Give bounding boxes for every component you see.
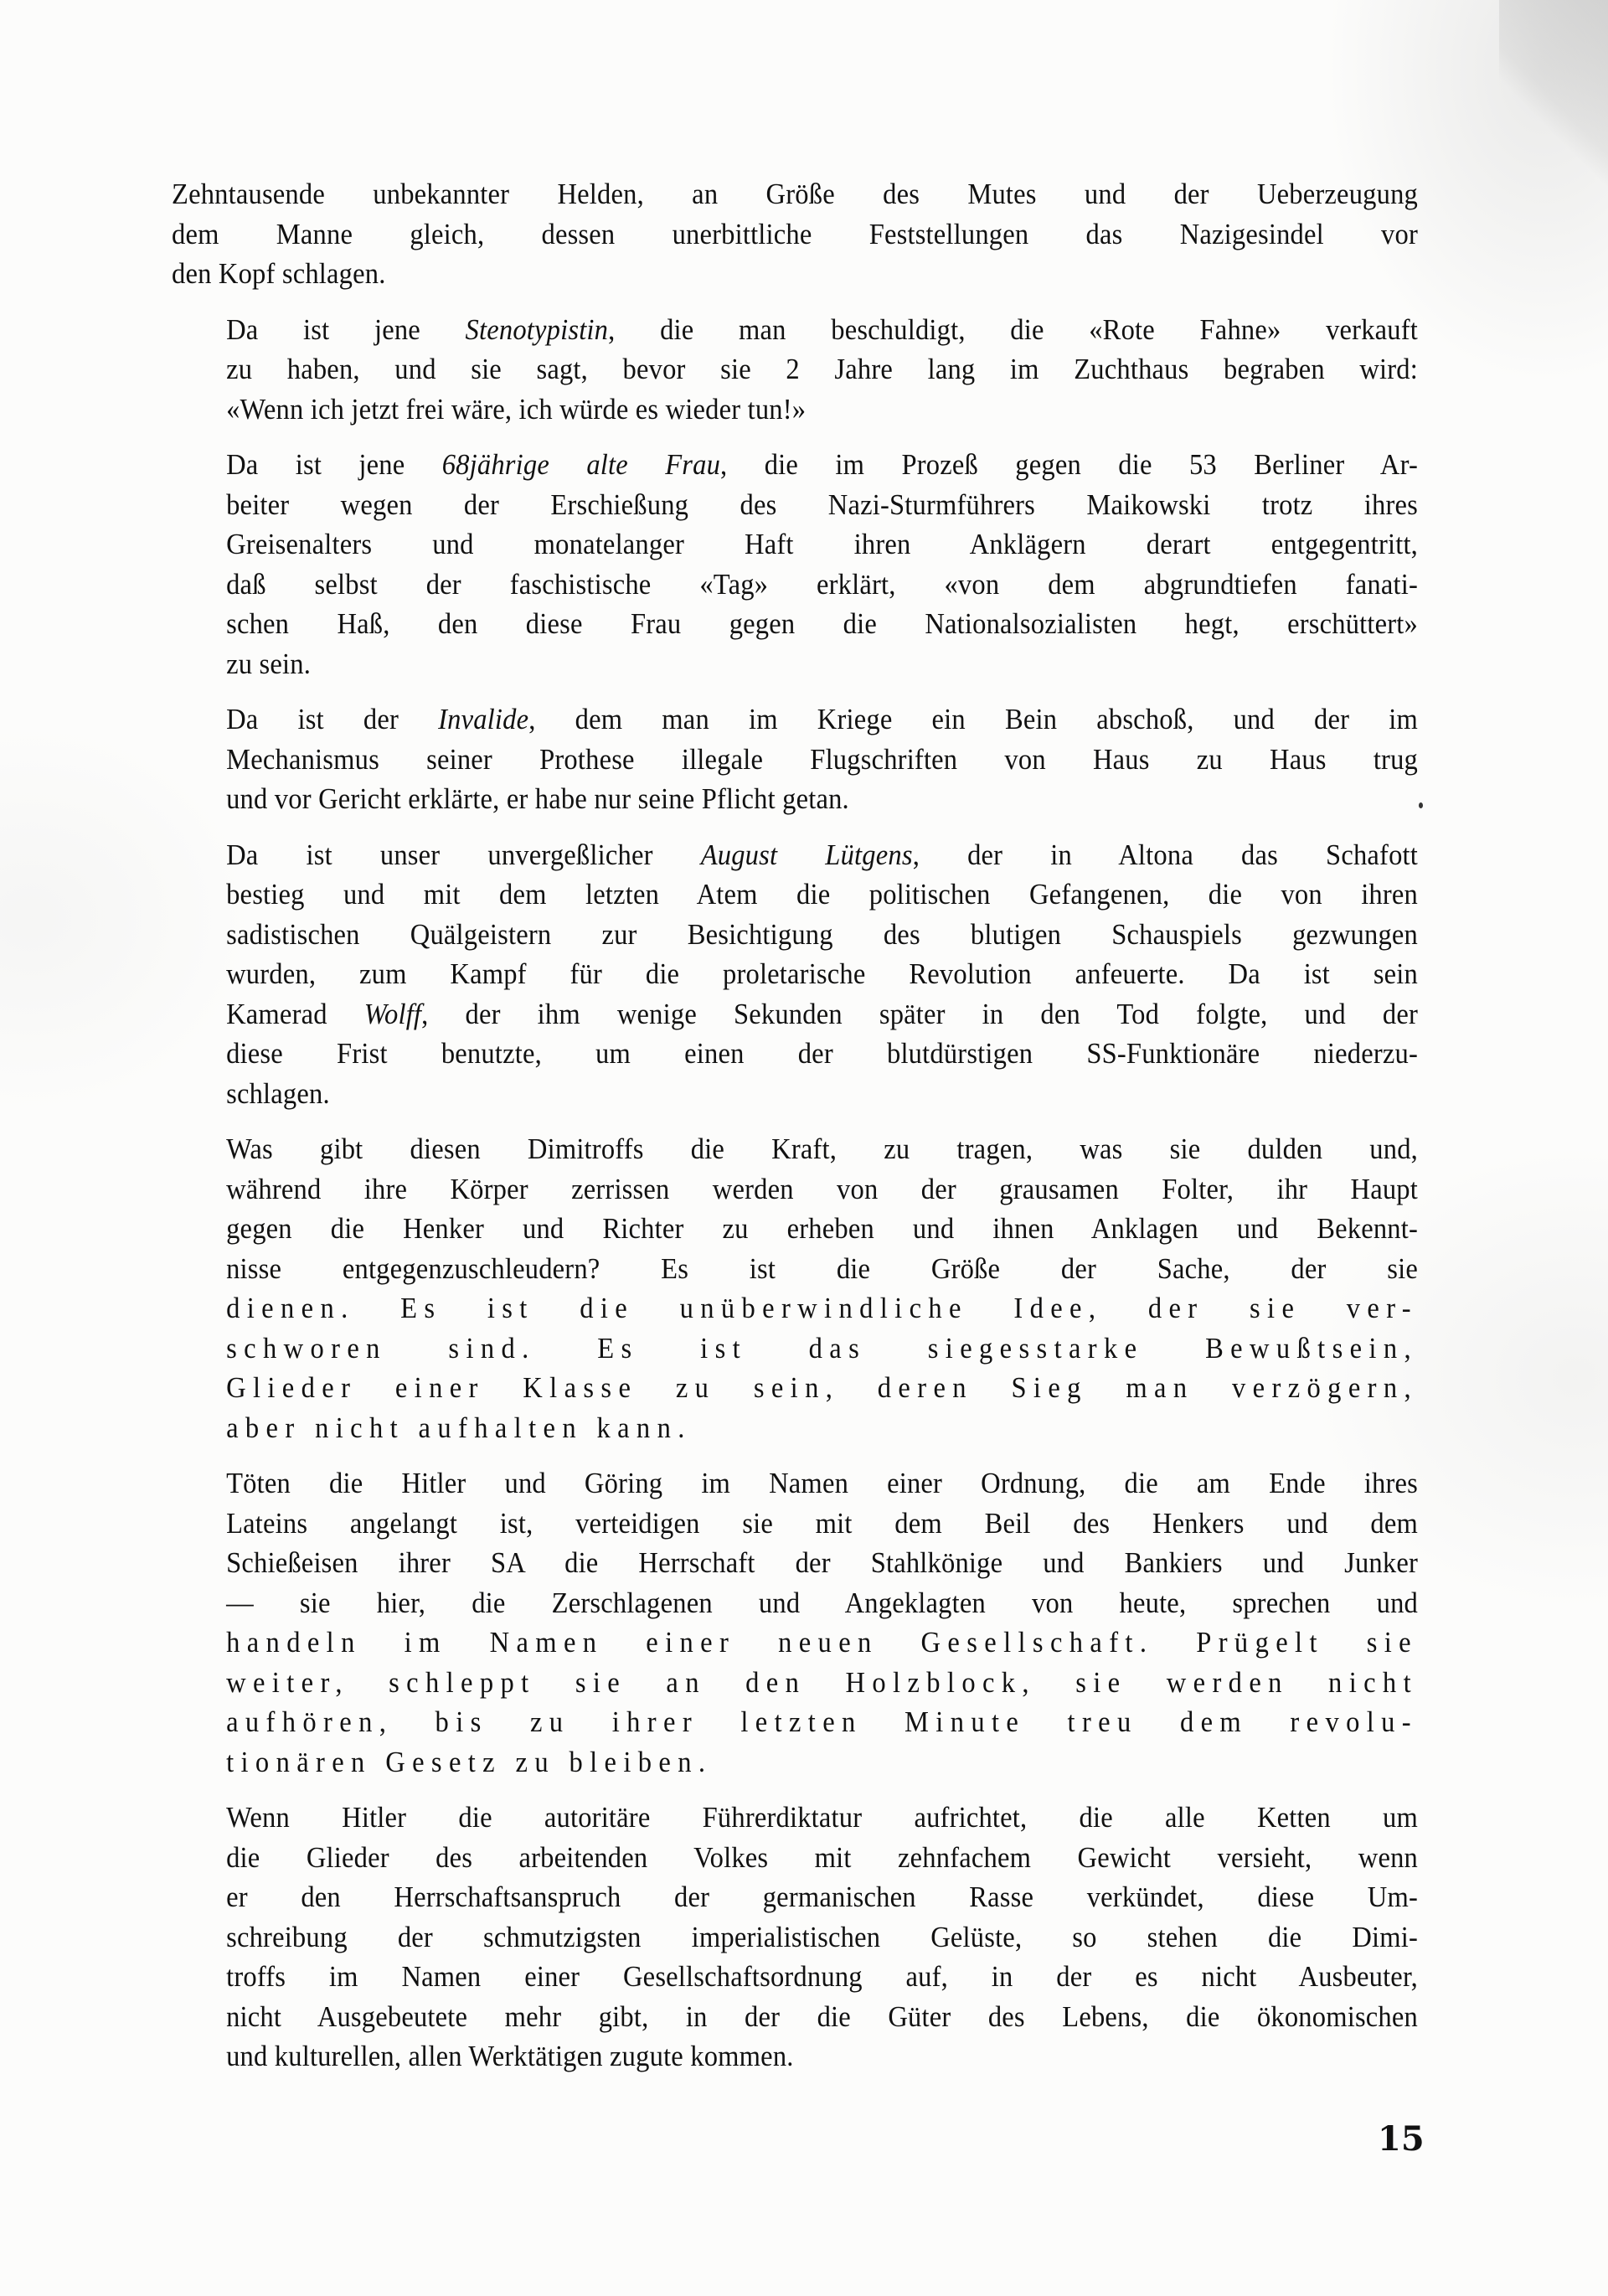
text-line: gegen die Henker und Richter zu erheben …: [172, 1209, 1418, 1249]
text-line: Schießeisen ihrer SA die Herrschaft der …: [172, 1543, 1418, 1583]
text-line-spaced: schworen sind. Es ist das siegesstarke B…: [172, 1329, 1418, 1369]
text-line: schlagen.: [172, 1074, 1418, 1114]
paragraph-stenotypist: Da ist jene Stenotypistin, die man besch…: [172, 310, 1418, 430]
text-line: Lateins angelangt ist, verteidigen sie m…: [172, 1504, 1418, 1544]
text-line: die Glieder des arbeitenden Volkes mit z…: [172, 1838, 1418, 1878]
body-text: Zehntausende unbekannter Helden, an Größ…: [172, 174, 1418, 2092]
paragraph-dimitroffs-strength: Was gibt diesen Dimitroffs die Kraft, zu…: [172, 1129, 1418, 1447]
text-line: Was gibt diesen Dimitroffs die Kraft, zu…: [172, 1129, 1418, 1169]
text-line: er den Herrschaftsanspruch der germanisc…: [172, 1877, 1418, 1917]
emphasis-text: Invalide: [438, 703, 528, 735]
text-line: nisse entgegenzuschleudern? Es ist die G…: [172, 1249, 1418, 1289]
text-line: sadistischen Quälgeistern zur Besichtigu…: [172, 915, 1418, 955]
text-line-spaced: handeln im Namen einer neuen Gesellschaf…: [172, 1623, 1418, 1663]
text-line-spaced: aber nicht aufhalten kann.: [172, 1408, 1418, 1448]
text-line-spaced: aufhören, bis zu ihrer letzten Minute tr…: [172, 1702, 1418, 1742]
paragraph-heroes: Zehntausende unbekannter Helden, an Größ…: [172, 174, 1418, 294]
emphasis-text: 68jährige alte Frau: [442, 448, 720, 481]
text-line: während ihre Körper zerrissen werden von…: [172, 1169, 1418, 1210]
text-line: Töten die Hitler und Göring im Namen ein…: [172, 1463, 1418, 1504]
text-line-spaced: Glieder einer Klasse zu sein, deren Sieg…: [172, 1368, 1418, 1408]
text-line: — sie hier, die Zerschlagenen und Angekl…: [172, 1583, 1418, 1623]
text-line-spaced: tionären Gesetz zu bleiben.: [172, 1742, 1418, 1783]
text-line: zu sein.: [172, 644, 1418, 684]
text-line: und vor Gericht erklärte, er habe nur se…: [172, 779, 1418, 819]
paragraph-hitler-dictatorship: Wenn Hitler die autoritäre Führerdiktatu…: [172, 1798, 1418, 2077]
text-line-spaced: dienen. Es ist die unüberwindliche Idee,…: [172, 1288, 1418, 1329]
paragraph-invalid: Da ist der Invalide, dem man im Kriege e…: [172, 699, 1418, 819]
emphasis-text: Wolff: [364, 998, 421, 1030]
text-line: Wenn Hitler die autoritäre Führerdiktatu…: [172, 1798, 1418, 1838]
text-line: Mechanismus seiner Prothese illegale Flu…: [172, 740, 1418, 780]
text-line: Zehntausende unbekannter Helden, an Größ…: [172, 174, 1418, 214]
emphasis-text: Stenotypistin: [466, 313, 609, 346]
text-line: schen Haß, den diese Frau gegen die Nati…: [172, 604, 1418, 644]
text-line: und kulturellen, allen Werktätigen zugut…: [172, 2036, 1418, 2077]
text-line: daß selbst der faschistische «Tag» erklä…: [172, 565, 1418, 605]
scanned-page: Zehntausende unbekannter Helden, an Größ…: [0, 0, 1608, 2296]
text-line: Da ist jene Stenotypistin, die man besch…: [172, 310, 1418, 350]
text-line: nicht Ausgebeutete mehr gibt, in der die…: [172, 1997, 1418, 2037]
text-line: schreibung der schmutzigsten imperialist…: [172, 1917, 1418, 1958]
text-line: Da ist der Invalide, dem man im Kriege e…: [172, 699, 1418, 740]
paragraph-luetgens: Da ist unser unvergeßlicher August Lütge…: [172, 835, 1418, 1114]
page-corner-shadow: [1499, 0, 1608, 235]
page-number: 15: [1378, 2119, 1425, 2159]
text-line: Da ist unser unvergeßlicher August Lütge…: [172, 835, 1418, 875]
emphasis-text: August Lütgens: [701, 838, 913, 871]
text-line: bestieg und mit dem letzten Atem die pol…: [172, 875, 1418, 915]
text-line: wurden, zum Kampf für die proletarische …: [172, 954, 1418, 994]
text-line: zu haben, und sie sagt, bevor sie 2 Jahr…: [172, 349, 1418, 390]
text-line: Kamerad Wolff, der ihm wenige Sekunden s…: [172, 994, 1418, 1034]
text-line: dem Manne gleich, dessen unerbittliche F…: [172, 214, 1418, 255]
text-line: troffs im Namen einer Gesellschaftsordnu…: [172, 1957, 1418, 1997]
paragraph-old-woman: Da ist jene 68jährige alte Frau, die im …: [172, 445, 1418, 684]
paragraph-new-society: Töten die Hitler und Göring im Namen ein…: [172, 1463, 1418, 1782]
text-line: «Wenn ich jetzt frei wäre, ich würde es …: [172, 390, 1418, 430]
text-line: den Kopf schlagen.: [172, 254, 1418, 294]
text-line-spaced: weiter, schleppt sie an den Holzblock, s…: [172, 1663, 1418, 1703]
text-line: diese Frist benutzte, um einen der blutd…: [172, 1034, 1418, 1074]
text-line: Greisenalters und monatelanger Haft ihre…: [172, 524, 1418, 565]
ink-speck: [1419, 802, 1423, 808]
text-line: Da ist jene 68jährige alte Frau, die im …: [172, 445, 1418, 485]
text-line-content: Da ist jene Stenotypistin, die man besch…: [226, 313, 1418, 346]
text-line: beiter wegen der Erschießung des Nazi-St…: [172, 485, 1418, 525]
